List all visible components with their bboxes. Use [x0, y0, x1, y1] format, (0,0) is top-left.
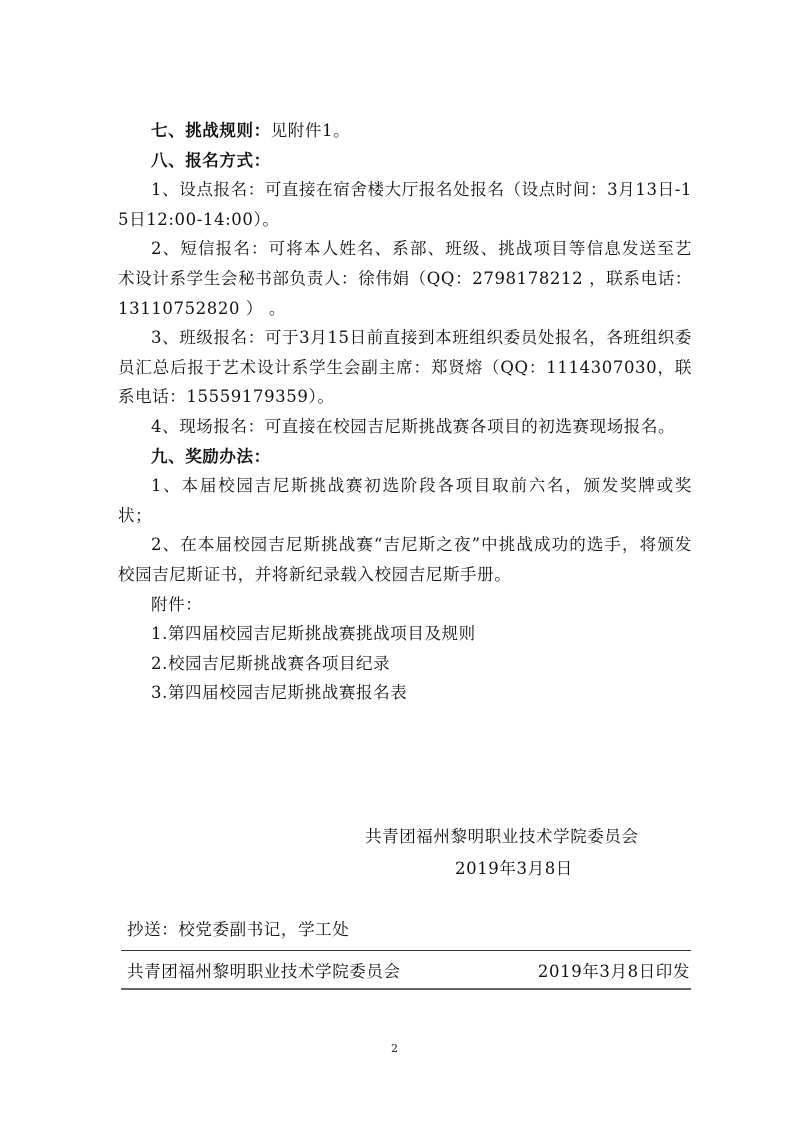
attachment-item-1: 1.第四届校园吉尼斯挑战赛挑战项目及规则 [118, 619, 692, 649]
signature-date: 2019年3月8日 [455, 855, 573, 879]
section-8-item-2: 2、短信报名：可将本人姓名、系部、班级、挑战项目等信息发送至艺术设计系学生会秘书… [118, 234, 692, 323]
section-8-item-3: 3、班级报名：可于3月15日前直接到本班组织委员处报名，各班组织委员汇总后报于艺… [118, 323, 692, 412]
document-page: 七、挑战规则：见附件1。 八、报名方式： 1、设点报名：可直接在宿舍楼大厅报名处… [0, 0, 793, 1122]
section-7-text: 见附件1。 [271, 121, 351, 140]
section-9-item-1: 1、本届校园吉尼斯挑战赛初选阶段各项目取前六名，颁发奖牌或奖状； [118, 471, 692, 530]
section-9-item-2: 2、在本届校园吉尼斯挑战赛“吉尼斯之夜”中挑战成功的选手，将颁发校园吉尼斯证书，… [118, 530, 692, 589]
signature-organization: 共青团福州黎明职业技术学院委员会 [365, 823, 639, 847]
footer-rule-top [121, 950, 691, 951]
section-7-heading: 七、挑战规则： [151, 121, 271, 140]
attachment-item-3: 3.第四届校园吉尼斯挑战赛报名表 [118, 678, 692, 708]
attachment-item-2: 2.校园吉尼斯挑战赛各项目纪录 [118, 649, 692, 679]
section-7: 七、挑战规则：见附件1。 [118, 116, 692, 146]
cc-line: 抄送：校党委副书记，学工处 [127, 916, 349, 940]
section-9-heading: 九、奖励办法： [118, 442, 692, 472]
section-8-item-1: 1、设点报名：可直接在宿舍楼大厅报名处报名（设点时间：3月13日-15日12:0… [118, 175, 692, 234]
attachments-label: 附件： [118, 590, 692, 620]
footer-rule-bottom [121, 988, 691, 990]
document-body: 七、挑战规则：见附件1。 八、报名方式： 1、设点报名：可直接在宿舍楼大厅报名处… [118, 116, 692, 708]
section-8-item-4: 4、现场报名：可直接在校园吉尼斯挑战赛各项目的初选赛现场报名。 [118, 412, 692, 442]
footer-issuer: 共青团福州黎明职业技术学院委员会 [127, 958, 401, 982]
page-number: 2 [391, 1042, 398, 1055]
footer-issue-date: 2019年3月8日印发 [538, 958, 690, 982]
section-8-heading: 八、报名方式： [118, 146, 692, 176]
